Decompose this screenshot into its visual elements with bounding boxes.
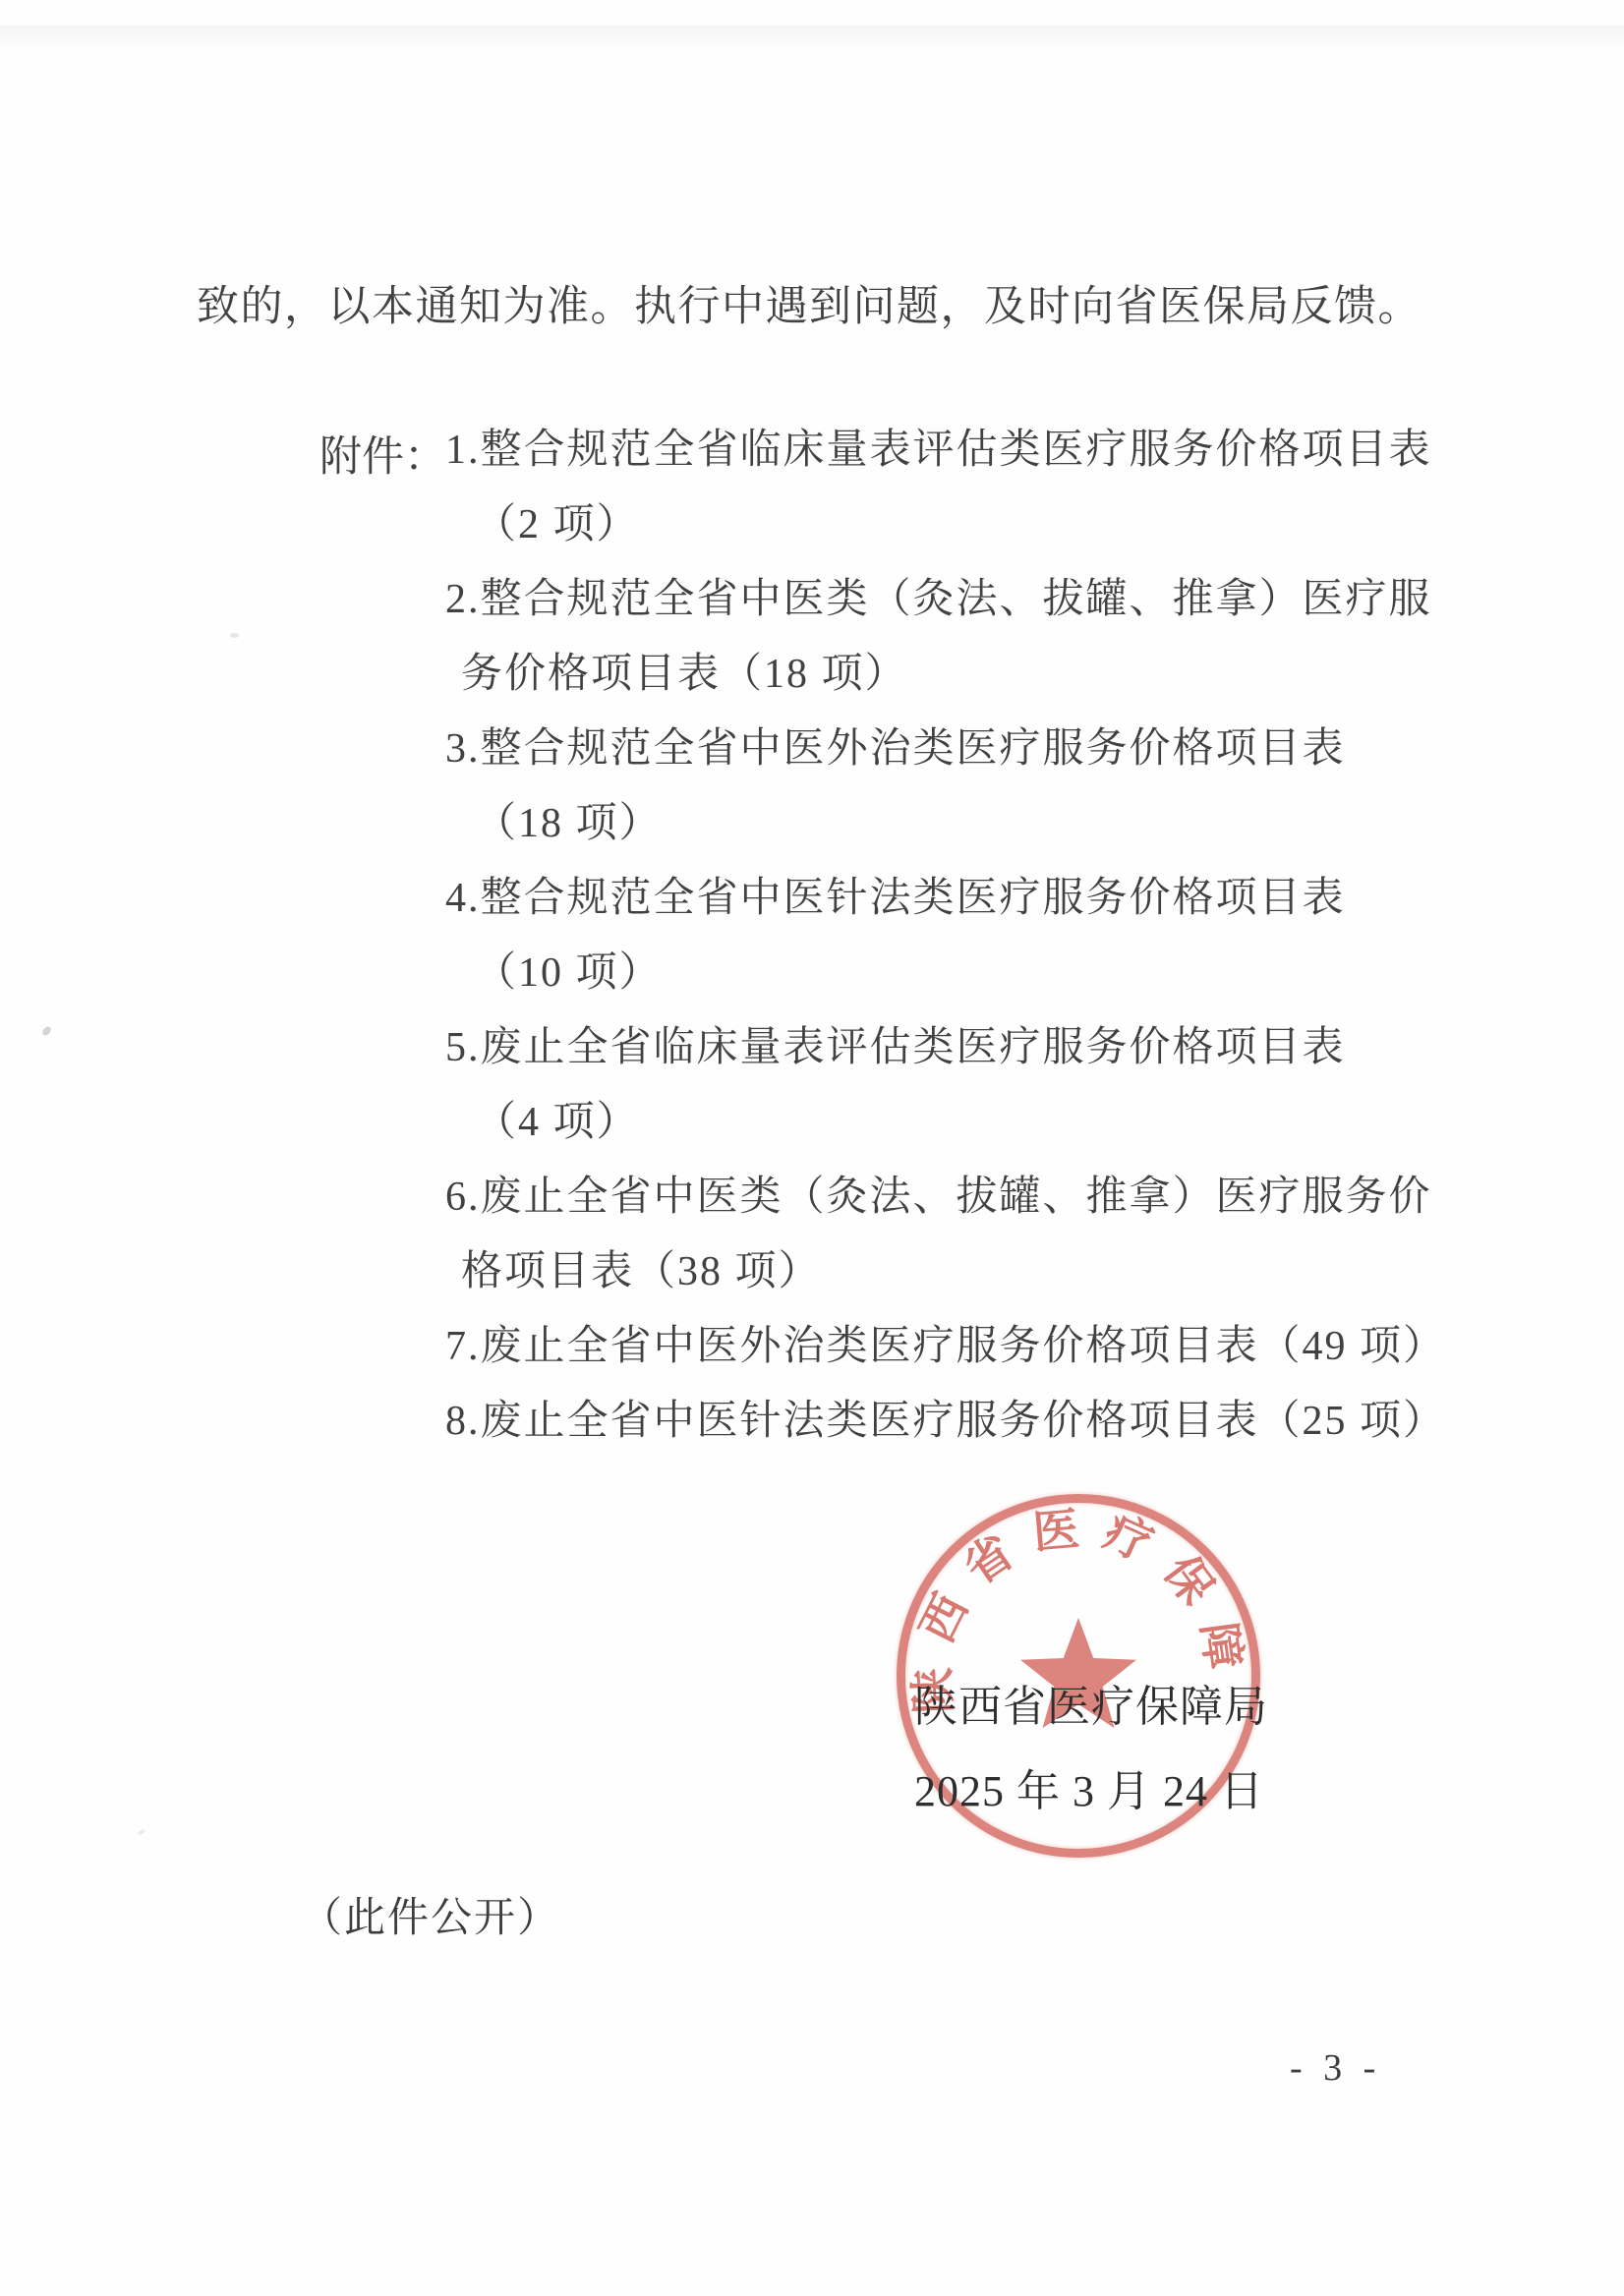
attachment-line: （4 项） bbox=[445, 1085, 1458, 1160]
attachment-line: 3.整合规范全省中医外治类医疗服务价格项目表 bbox=[445, 712, 1458, 786]
signature-organization: 陕西省医疗保障局 bbox=[914, 1671, 1268, 1734]
public-disclosure-note: （此件公开） bbox=[301, 1885, 560, 1944]
attachments-list: 1.整合规范全省临床量表评估类医疗服务价格项目表（2 项）2.整合规范全省中医类… bbox=[445, 413, 1458, 1459]
attachment-line: 格项目表（38 项） bbox=[445, 1234, 1458, 1309]
attachment-line: 7.废止全省中医外治类医疗服务价格项目表（49 项） bbox=[445, 1309, 1458, 1384]
scan-artifact bbox=[41, 1025, 53, 1037]
attachment-line: 1.整合规范全省临床量表评估类医疗服务价格项目表 bbox=[445, 413, 1458, 488]
attachment-line: （10 项） bbox=[445, 936, 1458, 1010]
scan-artifact bbox=[138, 1828, 146, 1835]
attachment-line: 4.整合规范全省中医针法类医疗服务价格项目表 bbox=[445, 861, 1458, 936]
attachment-line: 务价格项目表（18 项） bbox=[445, 637, 1458, 712]
scan-artifact bbox=[0, 26, 1624, 51]
page-number: - 3 - bbox=[1290, 2046, 1381, 2090]
attachment-line: 6.废止全省中医类（灸法、拔罐、推拿）医疗服务价 bbox=[445, 1160, 1458, 1234]
attachment-line: 5.废止全省临床量表评估类医疗服务价格项目表 bbox=[445, 1010, 1458, 1085]
signature-date: 2025 年 3 月 24 日 bbox=[914, 1755, 1264, 1818]
attachments-label: 附件： bbox=[319, 424, 446, 484]
attachment-line: （18 项） bbox=[445, 786, 1458, 861]
scan-artifact bbox=[230, 633, 239, 638]
attachment-line: （2 项） bbox=[445, 488, 1458, 562]
body-paragraph: 致的，以本通知为准。执行中遇到问题，及时向省医保局反馈。 bbox=[197, 273, 1421, 333]
scanned-document-page: 致的，以本通知为准。执行中遇到问题，及时向省医保局反馈。 附件： 1.整合规范全… bbox=[0, 0, 1624, 2296]
attachment-line: 8.废止全省中医针法类医疗服务价格项目表（25 项） bbox=[445, 1384, 1458, 1459]
attachment-line: 2.整合规范全省中医类（灸法、拔罐、推拿）医疗服 bbox=[445, 562, 1458, 637]
